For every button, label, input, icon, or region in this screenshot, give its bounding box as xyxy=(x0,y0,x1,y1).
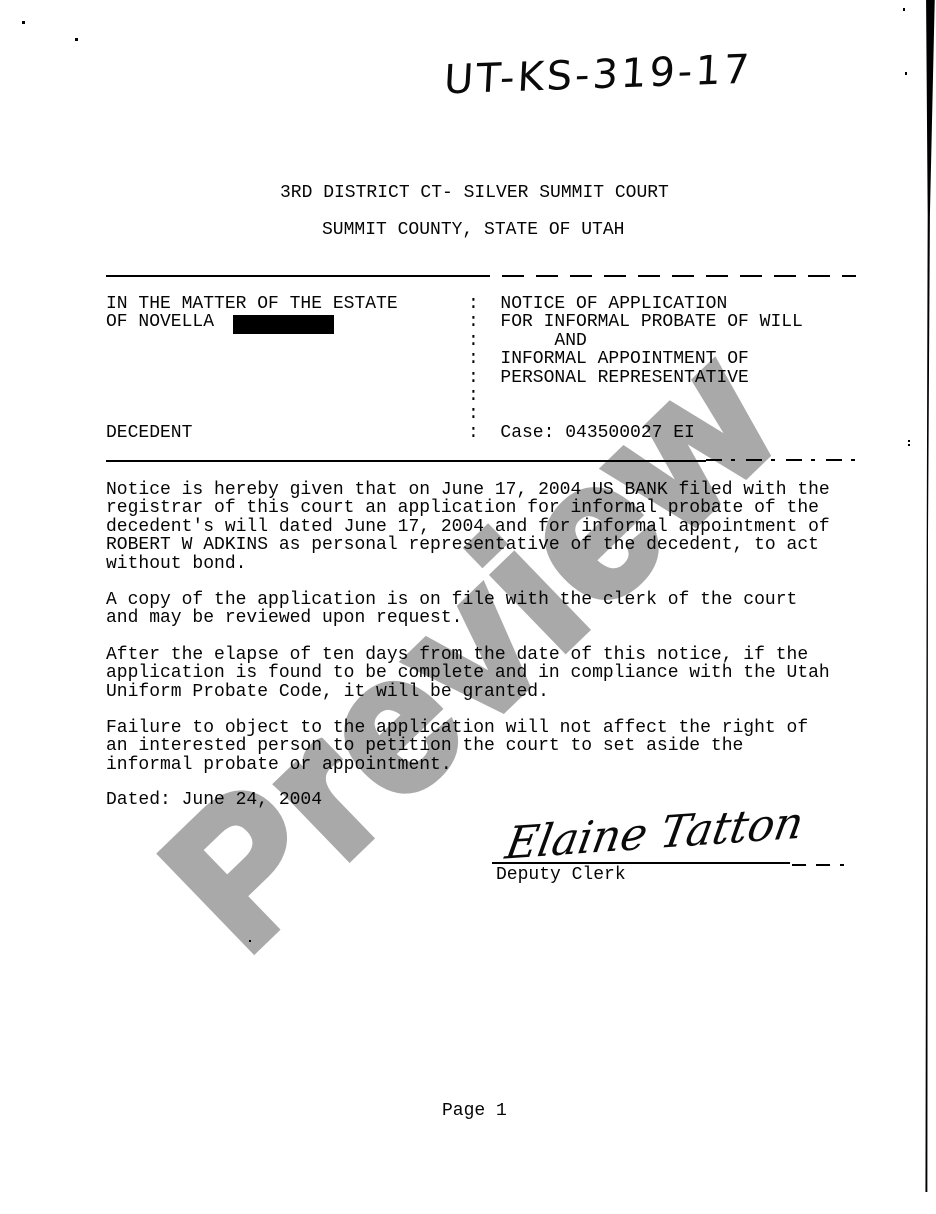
handwritten-case-code: UT-KS-319-17 xyxy=(443,47,753,104)
caption-decedent-name: OF NOVELLA xyxy=(106,313,214,331)
court-name-line: 3RD DISTRICT CT- SILVER SUMMIT COURT xyxy=(280,184,669,202)
dated-line: Dated: June 24, 2004 xyxy=(106,791,322,809)
horizontal-rule-bottom-dashed xyxy=(706,459,856,461)
signature-line xyxy=(492,862,790,864)
scan-edge-artifact xyxy=(920,0,936,1192)
horizontal-rule-bottom xyxy=(106,460,706,462)
scan-speck xyxy=(903,8,905,11)
horizontal-rule-top-dashed xyxy=(468,275,856,277)
body-paragraph-copy-on-file: A copy of the application is on file wit… xyxy=(106,591,797,628)
scan-speck xyxy=(908,440,910,448)
horizontal-rule-top xyxy=(106,275,468,277)
caption-estate-line: IN THE MATTER OF THE ESTATE xyxy=(106,295,398,313)
page-number: Page 1 xyxy=(442,1102,507,1120)
scanned-court-document: Preview UT-KS-319-17 3RD DISTRICT CT- SI… xyxy=(0,0,936,1214)
signature-line-dashes xyxy=(792,864,844,866)
deputy-clerk-title: Deputy Clerk xyxy=(496,866,626,884)
scan-speck xyxy=(22,21,25,24)
caption-notice-title-block: : NOTICE OF APPLICATION : FOR INFORMAL P… xyxy=(468,295,803,442)
scan-speck xyxy=(75,38,78,41)
deputy-clerk-signature: Elaine Tatton xyxy=(502,797,808,869)
body-paragraph-notice: Notice is hereby given that on June 17, … xyxy=(106,481,830,573)
court-county-line: SUMMIT COUNTY, STATE OF UTAH xyxy=(322,221,624,239)
caption-decedent-label: DECEDENT xyxy=(106,424,192,442)
redaction-box xyxy=(233,315,334,334)
scan-speck xyxy=(905,72,907,75)
body-paragraph-failure-to-object: Failure to object to the application wil… xyxy=(106,719,808,774)
scan-speck xyxy=(249,940,251,942)
body-paragraph-ten-days: After the elapse of ten days from the da… xyxy=(106,646,830,701)
